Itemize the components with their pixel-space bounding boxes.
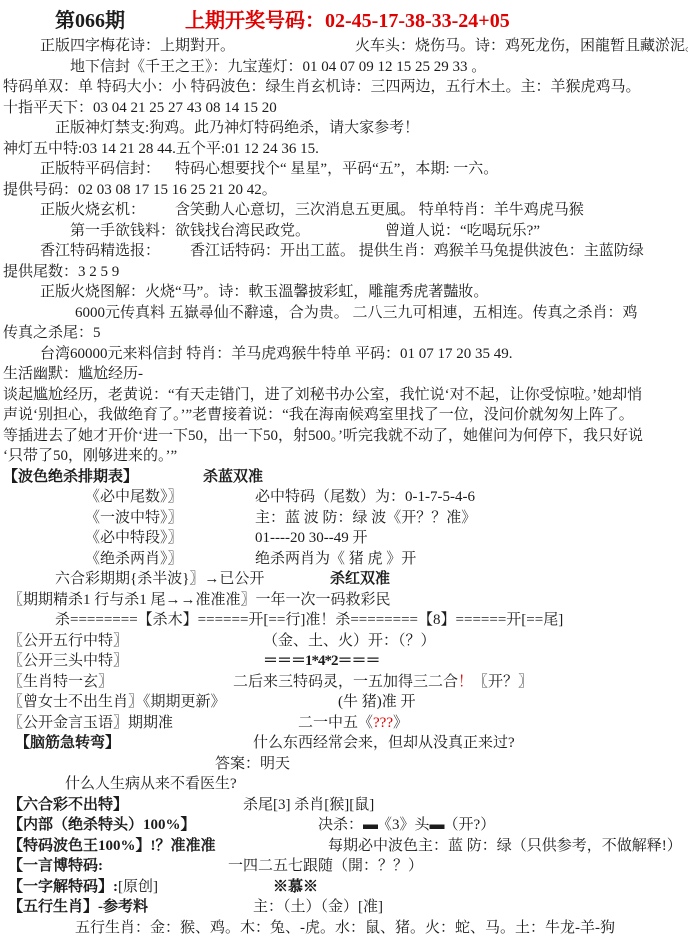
text-line: 〖生肖特一玄〗二后来三特码灵，一五加得三二合！〖开？〗 bbox=[0, 672, 688, 693]
text-segment: 一四二五七跟随（開：？？） bbox=[228, 856, 423, 877]
text-segment: 答案：明天 bbox=[215, 754, 290, 775]
text-segment: 【内部（绝杀特头）100%】 bbox=[8, 815, 318, 836]
text-segment: ‘只带了50，刚够进来的。’” bbox=[3, 446, 177, 467]
text-segment: （金、土、火）开：（？） bbox=[263, 631, 436, 652]
text-segment: 〖公开五行中特〗 bbox=[8, 631, 263, 652]
text-segment: 第066期 bbox=[55, 6, 125, 36]
text-segment: 曾道人说：“吃喝玩乐?” bbox=[385, 221, 540, 242]
text-line: 《必中特段》〗01----20 30--49 开 bbox=[0, 528, 688, 549]
text-segment: 特码心想要找个“ 星星”，平码“五”，本期: 一六。 bbox=[175, 159, 498, 180]
text-line: 〖公开金言玉语〗期期准二一中五《 ???》 bbox=[0, 713, 688, 734]
text-line: 正版神灯禁支:狗鸡。此乃神灯特码绝杀，请大家参考！ bbox=[0, 118, 688, 139]
text-segment: 什么东西经常会来，但却从没真正来过? bbox=[253, 733, 515, 754]
text-segment: ▬ bbox=[363, 815, 377, 836]
text-segment: 提供号码：02 03 08 17 15 16 25 21 20 42。 bbox=[3, 180, 277, 201]
text-line: 〖曾女士不出生肖〗《期期更新》(牛 猪)准 开 bbox=[0, 692, 688, 713]
text-line: ‘只带了50，刚够进来的。’” bbox=[0, 446, 688, 467]
text-line: 地下信封《千王之王》：九宝莲灯：01 04 07 09 12 15 25 29 … bbox=[0, 57, 688, 78]
text-segment: 等插进去了她才开价‘进一下50，出一下50，射500。’听完我就不动了，她催问为… bbox=[3, 426, 643, 447]
text-line: 《一波中特》〗主：蓝 波 防：绿 波《开？？准》 bbox=[0, 508, 688, 529]
text-segment: 【一言博特码: bbox=[8, 856, 228, 877]
text-segment: 【一字解特码】: bbox=[8, 877, 118, 898]
text-line: 正版四字梅花诗：上期對开。火车头：烧伤马。诗：鸡死龙伤，困龍暂且藏淤泥。 bbox=[0, 36, 688, 57]
text-segment: 二一中五《 bbox=[298, 713, 373, 734]
text-segment: 【脑筋急转弯】 bbox=[15, 733, 253, 754]
text-segment: 杀尾[3] 杀肖[猴][鼠] bbox=[243, 795, 374, 816]
text-segment: 神灯五中特:03 14 21 28 44.五个平:01 12 24 36 15. bbox=[3, 139, 319, 160]
text-line: 台湾60000元来料信封 特肖：羊马虎鸡猴牛特单 平码：01 07 17 20 … bbox=[0, 344, 688, 365]
text-line: 【六合彩不出特】杀尾[3] 杀肖[猴][鼠] bbox=[0, 795, 688, 816]
text-line: 【一言博特码:一四二五七跟随（開：？？） bbox=[0, 856, 688, 877]
text-line: 声说‘别担心，我做绝育了。’”老曹接着说：“我在海南候鸡室里找了一位，没问价就匆… bbox=[0, 405, 688, 426]
text-segment: 绝杀两肖为《 猪 虎 》开 bbox=[255, 549, 416, 570]
text-segment: 《3》头 bbox=[377, 815, 430, 836]
text-line: 正版火烧玄机：含笑動人心意切，三次消息五更風。 特单特肖：羊牛鸡虎马猴 bbox=[0, 200, 688, 221]
text-line: 6000元传真料 五嶽尋仙不辭遠，合为贵。 二八三九可相連，五相连。传真之杀肖：… bbox=[0, 303, 688, 324]
text-segment: 正版神灯禁支:狗鸡。此乃神灯特码绝杀，请大家参考！ bbox=[55, 118, 419, 139]
text-segment: 《必中尾数》〗 bbox=[85, 487, 255, 508]
text-segment: ！ bbox=[458, 672, 473, 693]
text-line: 六合彩期期{杀半波}〗→已公开杀红双准 bbox=[0, 569, 688, 590]
text-line: 传真之杀尾：5 bbox=[0, 323, 688, 344]
text-segment: 香江特码精选报： bbox=[40, 241, 190, 262]
text-segment: 》 bbox=[393, 713, 408, 734]
text-segment: 十指平天下：03 04 21 25 27 43 08 14 15 20 bbox=[3, 98, 277, 119]
text-segment: 特码单双：单 特码大小：小 特码波色：绿生肖玄机诗：三四两边，五行木土。主：羊猴… bbox=[3, 77, 641, 98]
text-segment: 六合彩期期{杀半波}〗→已公开 bbox=[55, 569, 330, 590]
text-line: 谈起尴尬经历，老黄说：“有天走错门，进了刘秘书办公室，我忙说‘对不起，让你受惊啦… bbox=[0, 385, 688, 406]
text-line: 〖公开三头中特〗＝＝＝1*4*2＝＝＝ bbox=[0, 651, 688, 672]
text-line: 【五行生肖】-参考料主：（土）（金）[准] bbox=[0, 897, 688, 918]
text-line: 特码单双：单 特码大小：小 特码波色：绿生肖玄机诗：三四两边，五行木土。主：羊猴… bbox=[0, 77, 688, 98]
text-segment: 主：蓝 波 防：绿 波《开？？准》 bbox=[255, 508, 476, 529]
text-segment: 二后来三特码灵，一五加得三二合 bbox=[233, 672, 458, 693]
text-segment: 第一手欲钱料：欲钱找台湾民政党。 bbox=[70, 221, 310, 242]
text-segment: 【五行生肖】-参考料 bbox=[8, 897, 253, 918]
text-segment: 香江话特码：开出工蓝。 提供生肖：鸡猴羊马兔提供波色：主蓝防绿 bbox=[190, 241, 644, 262]
text-segment: 〖生肖特一玄〗 bbox=[8, 672, 233, 693]
text-segment: ??? bbox=[373, 713, 393, 734]
text-line: 等插进去了她才开价‘进一下50，出一下50，射500。’听完我就不动了，她催问为… bbox=[0, 426, 688, 447]
text-line: 【波色绝杀排期表】杀蓝双准 bbox=[0, 467, 688, 488]
text-segment: 必中特码（尾数）为：0-1-7-5-4-6 bbox=[255, 487, 475, 508]
text-segment: ※慕※ bbox=[273, 877, 318, 898]
text-segment: 声说‘别担心，我做绝育了。’”老曹接着说：“我在海南候鸡室里找了一位，没问价就匆… bbox=[3, 405, 634, 426]
text-segment: 【波色绝杀排期表】 bbox=[3, 467, 203, 488]
text-segment: 决杀： bbox=[318, 815, 363, 836]
text-segment: 火车头：烧伤马。诗：鸡死龙伤，困龍暂且藏淤泥。 bbox=[355, 36, 688, 57]
text-segment: 正版火烧玄机： bbox=[40, 200, 175, 221]
text-segment: 上期开奖号码：02-45-17-38-33-24+05 bbox=[185, 6, 510, 36]
text-line: 杀========【杀木】======开[==行]准！杀========【8】=… bbox=[0, 610, 688, 631]
text-segment: 传真之杀尾：5 bbox=[3, 323, 101, 344]
text-line: 香江特码精选报：香江话特码：开出工蓝。 提供生肖：鸡猴羊马兔提供波色：主蓝防绿 bbox=[0, 241, 688, 262]
text-line: 神灯五中特:03 14 21 28 44.五个平:01 12 24 36 15. bbox=[0, 139, 688, 160]
text-segment: 每期必中波色主：蓝 防：绿（只供参考，不做解释!） bbox=[328, 836, 682, 857]
text-segment: （开?） bbox=[444, 815, 496, 836]
text-segment: 01----20 30--49 开 bbox=[255, 528, 367, 549]
text-segment: 《一波中特》〗 bbox=[85, 508, 255, 529]
text-segment: 台湾60000元来料信封 特肖：羊马虎鸡猴牛特单 平码：01 07 17 20 … bbox=[40, 344, 513, 365]
text-segment: 〖曾女士不出生肖〗《期期更新》 bbox=[8, 692, 338, 713]
text-line: 正版火烧图解：火烧“马”。诗：軟玉溫馨披彩虹，雕龍秀虎著豔妝。 bbox=[0, 282, 688, 303]
text-segment: ＝＝＝1*4*2＝＝＝ bbox=[263, 651, 380, 672]
text-line: 五行生肖：金：猴、鸡。木：兔、-虎。水：鼠、猪。火：蛇、马。土：牛龙-羊-狗 bbox=[0, 918, 688, 937]
text-segment: 杀红双准 bbox=[330, 569, 390, 590]
text-line: 答案：明天 bbox=[0, 754, 688, 775]
text-line: 什么人生病从来不看医生? bbox=[0, 774, 688, 795]
lottery-tip-sheet: 第066期上期开奖号码：02-45-17-38-33-24+05正版四字梅花诗：… bbox=[0, 0, 688, 937]
text-line: 【特码波色王100%】!？准准准每期必中波色主：蓝 防：绿（只供参考，不做解释!… bbox=[0, 836, 688, 857]
text-line: 【一字解特码】: [原创]※慕※ bbox=[0, 877, 688, 898]
text-segment: 正版火烧图解：火烧“马”。诗：軟玉溫馨披彩虹，雕龍秀虎著豔妝。 bbox=[40, 282, 488, 303]
text-segment: 正版四字梅花诗：上期對开。 bbox=[40, 36, 235, 57]
text-segment: 杀蓝双准 bbox=[203, 467, 263, 488]
text-segment: 〖期期精杀1 行与杀1 尾→→准准准〗一年一次一码救彩民 bbox=[8, 590, 391, 611]
text-segment: 主：（土）（金）[准] bbox=[253, 897, 383, 918]
text-segment: 〖开？〗 bbox=[473, 672, 533, 693]
text-segment: 〖公开金言玉语〗期期准 bbox=[8, 713, 298, 734]
text-segment: [原创] bbox=[118, 877, 158, 898]
text-segment: 含笑動人心意切，三次消息五更風。 特单特肖：羊牛鸡虎马猴 bbox=[175, 200, 584, 221]
text-segment: 杀========【杀木】======开[==行]准！杀========【8】=… bbox=[55, 610, 563, 631]
text-segment: 提供尾数：3 2 5 9 bbox=[3, 262, 119, 283]
text-line: 【脑筋急转弯】什么东西经常会来，但却从没真正来过? bbox=[0, 733, 688, 754]
text-segment: ▬ bbox=[430, 815, 444, 836]
text-segment: 【特码波色王100%】!？准准准 bbox=[8, 836, 328, 857]
text-line: 提供尾数：3 2 5 9 bbox=[0, 262, 688, 283]
text-segment: 【六合彩不出特】 bbox=[8, 795, 243, 816]
text-line: 〖期期精杀1 行与杀1 尾→→准准准〗一年一次一码救彩民 bbox=[0, 590, 688, 611]
text-segment: 〖公开三头中特〗 bbox=[8, 651, 263, 672]
text-line: 【内部（绝杀特头）100%】决杀：▬《3》头▬（开?） bbox=[0, 815, 688, 836]
text-segment: 正版特平码信封： bbox=[40, 159, 145, 180]
text-segment: (牛 猪)准 开 bbox=[338, 692, 416, 713]
text-segment: 生活幽默：尴尬经历- bbox=[3, 364, 143, 385]
text-segment: 《绝杀两肖》〗 bbox=[85, 549, 255, 570]
text-line: 十指平天下：03 04 21 25 27 43 08 14 15 20 bbox=[0, 98, 688, 119]
text-line: 第066期上期开奖号码：02-45-17-38-33-24+05 bbox=[0, 6, 688, 36]
text-segment: 什么人生病从来不看医生? bbox=[65, 774, 237, 795]
text-segment: 6000元传真料 五嶽尋仙不辭遠，合为贵。 二八三九可相連，五相连。传真之杀肖：… bbox=[75, 303, 638, 324]
text-line: 正版特平码信封：特码心想要找个“ 星星”，平码“五”，本期: 一六。 bbox=[0, 159, 688, 180]
text-segment: 《必中特段》〗 bbox=[85, 528, 255, 549]
text-line: 第一手欲钱料：欲钱找台湾民政党。曾道人说：“吃喝玩乐?” bbox=[0, 221, 688, 242]
text-line: 提供号码：02 03 08 17 15 16 25 21 20 42。 bbox=[0, 180, 688, 201]
text-line: 《绝杀两肖》〗绝杀两肖为《 猪 虎 》开 bbox=[0, 549, 688, 570]
text-segment: 地下信封《千王之王》：九宝莲灯：01 04 07 09 12 15 25 29 … bbox=[70, 57, 486, 78]
text-segment: 五行生肖：金：猴、鸡。木：兔、-虎。水：鼠、猪。火：蛇、马。土：牛龙-羊-狗 bbox=[75, 918, 615, 937]
text-segment: 谈起尴尬经历，老黄说：“有天走错门，进了刘秘书办公室，我忙说‘对不起，让你受惊啦… bbox=[3, 385, 642, 406]
text-line: 生活幽默：尴尬经历- bbox=[0, 364, 688, 385]
text-line: 〖公开五行中特〗（金、土、火）开：（？） bbox=[0, 631, 688, 652]
text-line: 《必中尾数》〗必中特码（尾数）为：0-1-7-5-4-6 bbox=[0, 487, 688, 508]
